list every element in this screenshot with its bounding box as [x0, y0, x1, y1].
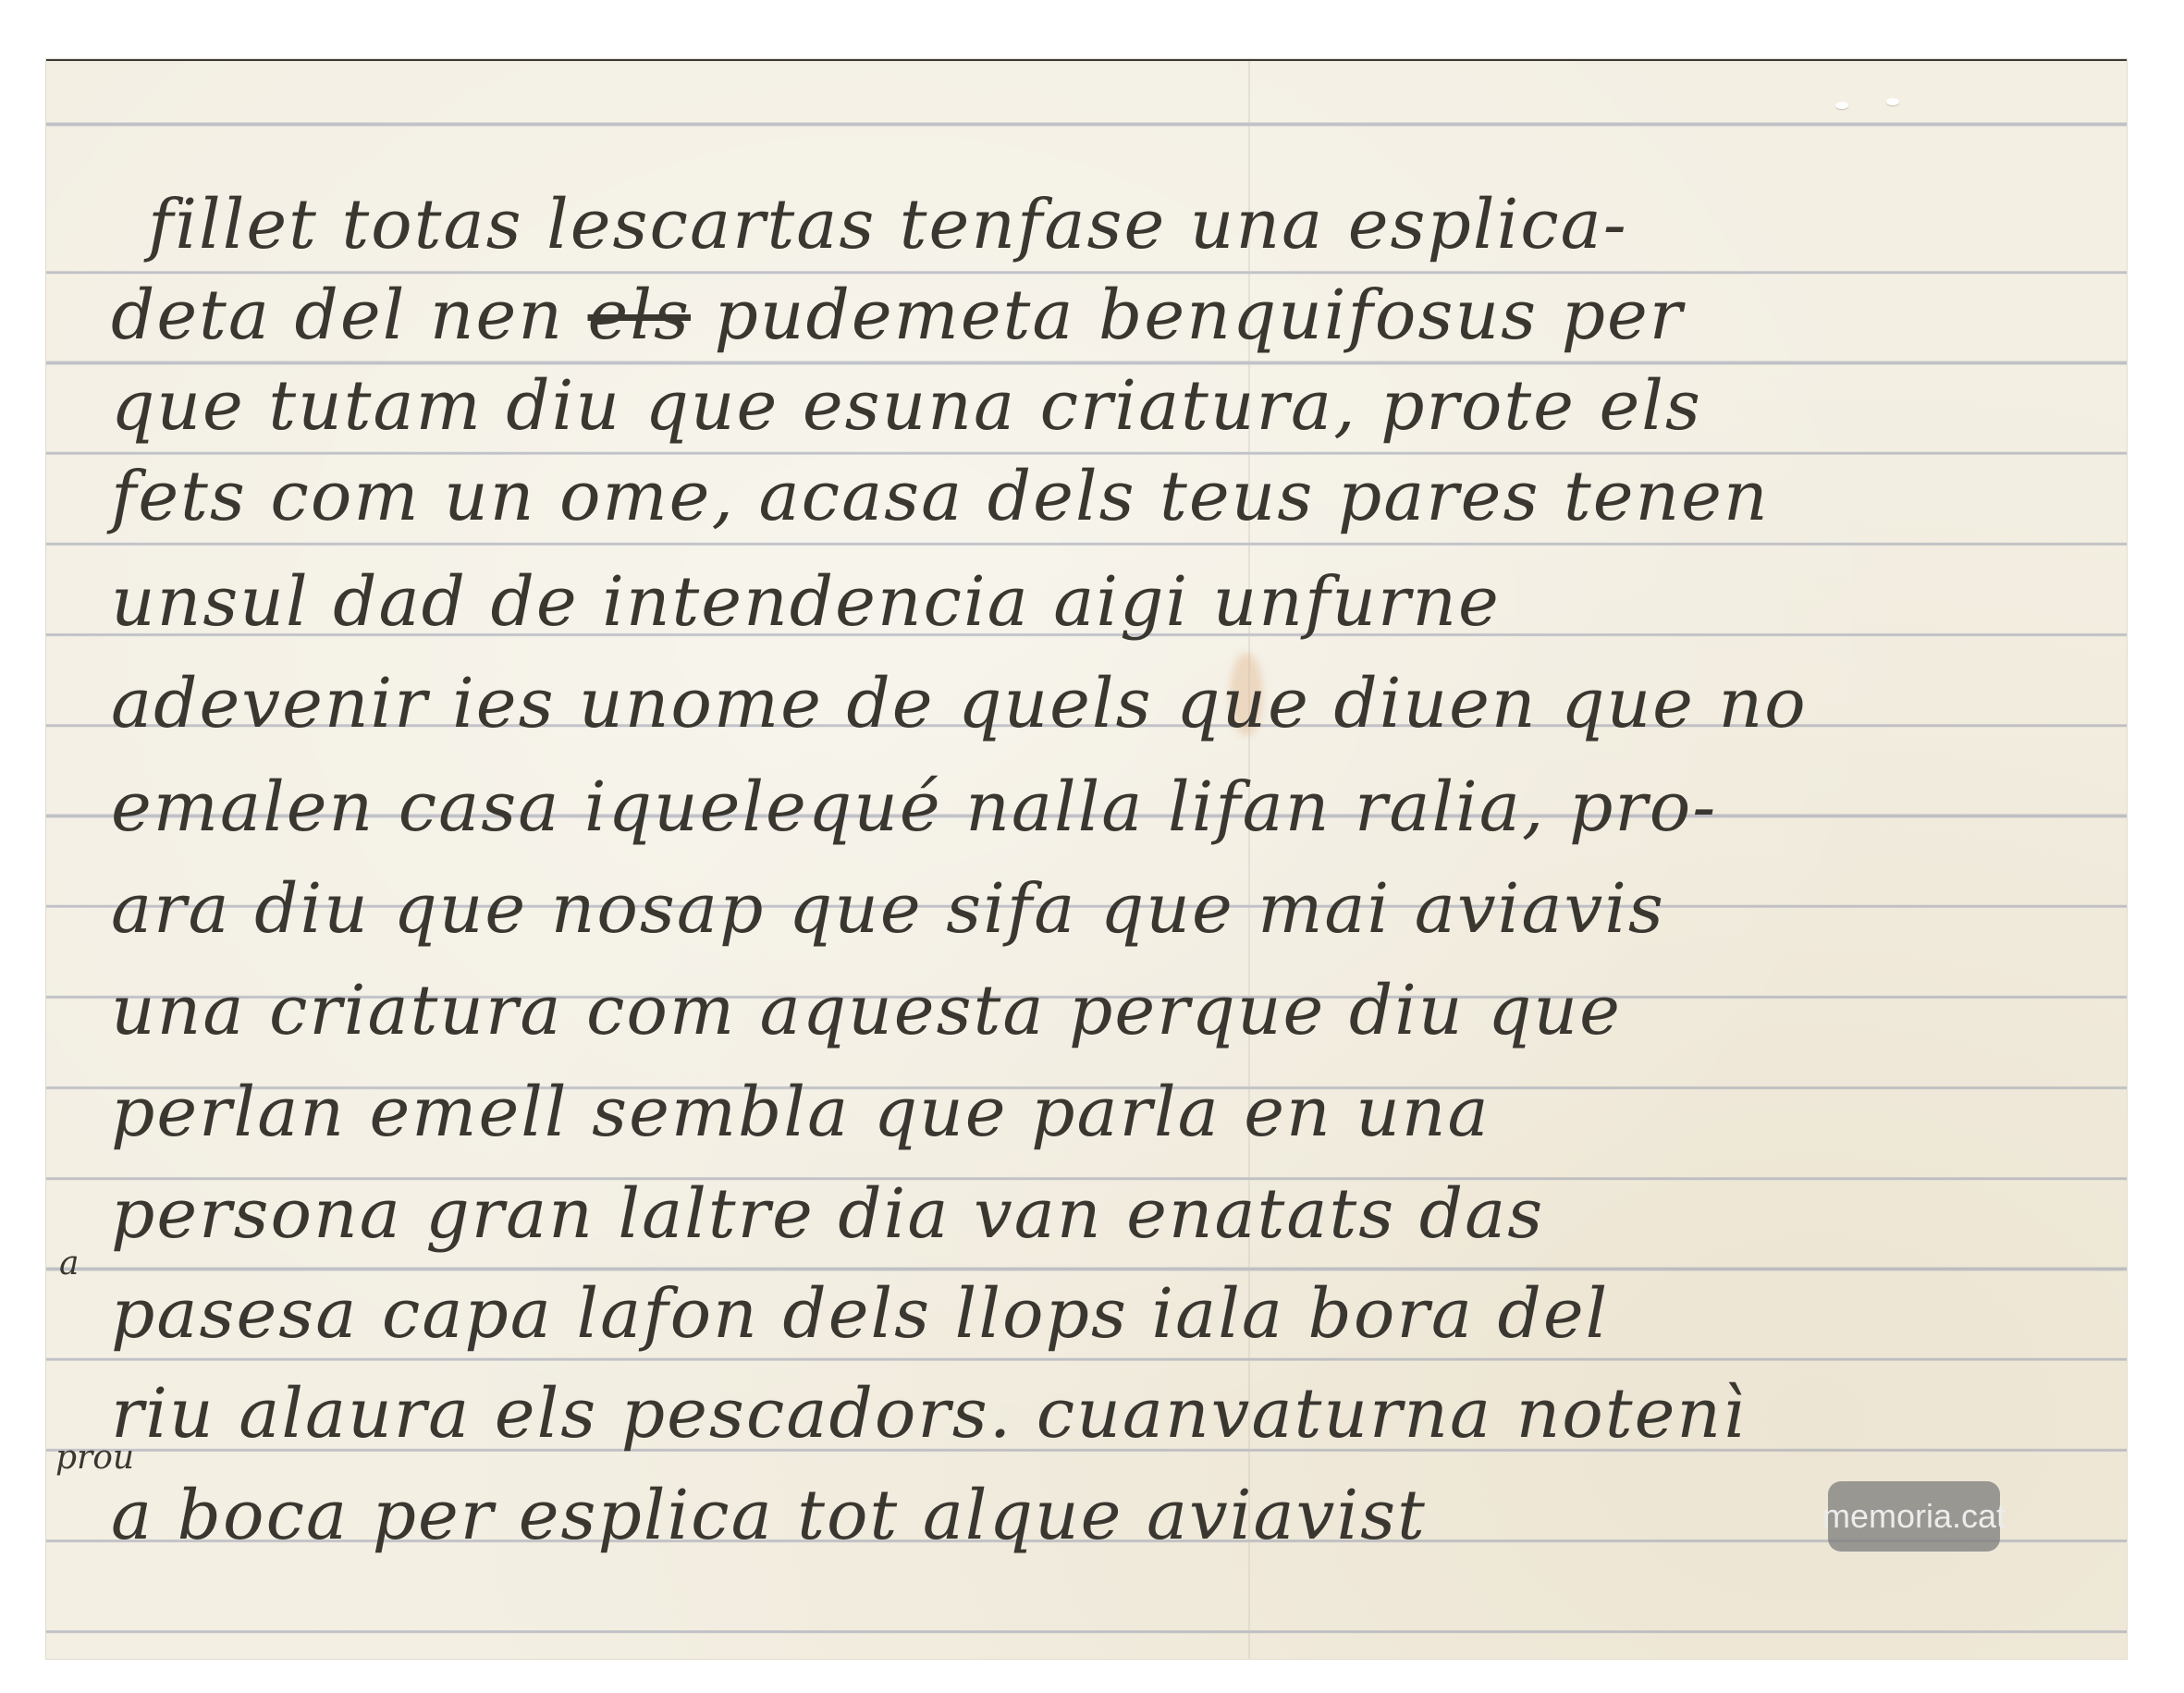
letter-line: persona gran laltre dia van enatats das [111, 1180, 1544, 1248]
letter-line: deta del nen els pudemeta benquifosus pe… [111, 281, 1684, 350]
letter-line: a boca per esplica tot alque aviavist [111, 1481, 1427, 1550]
letter-line: emalen casa iquelequé nalla lifan ralia,… [111, 773, 1717, 841]
letter-line: perlan emell sembla que parla en una [111, 1078, 1491, 1147]
watermark: memoria.cat [1828, 1481, 2000, 1552]
letter-line: fets com un ome, acasa dels teus pares t… [111, 462, 1770, 531]
letter-body: fillet totas lescartas tenfase una espli… [46, 61, 2127, 1659]
margin-note: a [59, 1245, 79, 1282]
letter-line: adevenir ies unome de quels que diuen qu… [111, 669, 1808, 738]
letter-line: pasesa capa lafon dels llops iala bora d… [111, 1280, 1609, 1348]
letter-line: que tutam diu que esuna criatura, prote … [111, 372, 1702, 440]
letter-line: una criatura com aquesta perque diu que [111, 976, 1622, 1045]
letter-line: riu alaura els pescadors. cuanvaturna no… [111, 1380, 1747, 1448]
letter-line: fillet totas lescartas tenfase una espli… [148, 190, 1628, 259]
letter-line: ara diu que nosap que sifa que mai aviav… [111, 875, 1665, 943]
letter-line: unsul dad de intendencia aigi unfurne [111, 568, 1501, 636]
struck-word: els [588, 276, 691, 355]
letter-page: fillet totas lescartas tenfase una espli… [46, 59, 2127, 1659]
margin-note: prou [55, 1439, 134, 1477]
